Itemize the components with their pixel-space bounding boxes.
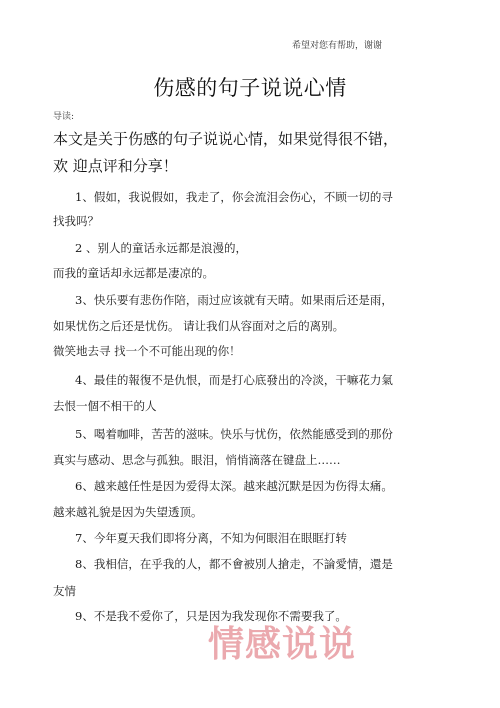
paragraph-line: 找我吗？ (53, 213, 99, 229)
paragraph-line: 如果忧伤之后还是忧伤。 请让我们从容面对之后的离别。 (53, 318, 344, 334)
paragraph-line: 4、最佳的報復不是仇恨，而是打心底發出的冷淡，干嘛花力氣 (75, 372, 393, 388)
paragraph-line: 而我的童话却永远都是凄凉的。 (53, 265, 214, 281)
paragraph-line: 5、喝着咖啡，苦苦的滋味。快乐与忧伤，依然能感受到的那份 (75, 426, 393, 442)
paragraph-line: 真实与感动、思念与孤独。眼泪，悄悄滴落在键盘上…… (53, 452, 341, 468)
paragraph-line: 6、越来越任性是因为爱得太深。越来越沉默是因为伤得太痛。 (75, 478, 393, 494)
document-title: 伤感的句子说说心情 (0, 72, 500, 102)
paragraph-line: 友情 (53, 583, 76, 599)
paragraph-line: 1、假如，我说假如，我走了，你会流泪会伤心，不顾一切的寻 (75, 189, 393, 205)
intro-line-1: 本文是关于伤感的句子说说心情，如果觉得很不错， (53, 128, 398, 149)
paragraph-line: 微笑地去寻 找一个不可能出现的你！ (53, 343, 241, 359)
lead-label: 导读: (53, 109, 74, 122)
paragraph-line: 2 、别人的童话永远都是浪漫的， (75, 240, 247, 256)
header-note: 希望对您有帮助，谢谢 (292, 38, 382, 51)
paragraph-line: 3、快乐要有悲伤作陪，雨过应该就有天晴。如果雨后还是雨， (75, 292, 393, 308)
paragraph-line: 8、我相信，在乎我的人，都不會被別人搶走，不論愛情，還是 (75, 556, 393, 572)
paragraph-line: 7、今年夏天我们即将分离，不知为何眼泪在眼眶打转 (75, 530, 347, 546)
watermark-logo: 情感说说 (208, 616, 356, 667)
intro-line-2: 欢 迎点评和分享！ (53, 155, 178, 176)
paragraph-line: 去恨一個不相干的人 (53, 398, 157, 414)
paragraph-line: 越来越礼貌是因为失望透顶。 (53, 504, 203, 520)
